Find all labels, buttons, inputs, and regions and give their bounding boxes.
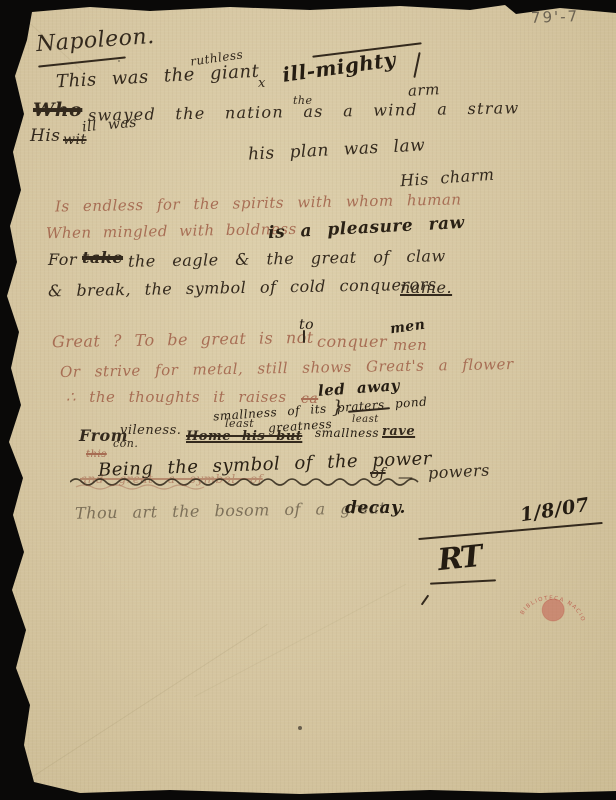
s2line2-red: Or strive for metal, still shows Great's… (60, 357, 514, 380)
line9-main: & break, the symbol of cold conquerors (48, 277, 437, 300)
s2line1-dark-men: men (389, 318, 426, 337)
line1-tail-arm: arm (408, 82, 441, 99)
caret-stroke (303, 330, 305, 343)
line3-his: His (30, 128, 61, 145)
corr-least2: least (352, 415, 379, 425)
fold-crease-bottom (32, 624, 267, 777)
s2line1-red-b: conquer (317, 334, 387, 350)
corr-vileness: vileness. (120, 424, 181, 437)
struck-take: take (82, 250, 123, 266)
corr-red-this: this (86, 450, 107, 460)
line4-plan-law: his plan was law (248, 137, 426, 163)
fold-crease-mid (194, 584, 406, 698)
line7-red: When mingled with boldness (46, 222, 297, 241)
struck-who: Who (33, 101, 82, 120)
s2line1-insert-to: to (299, 318, 314, 332)
s2line3-red: ∴ the thoughts it raises (66, 390, 287, 405)
line9-name: name. (400, 280, 452, 296)
line8-rest: the eagle & the great of claw (128, 248, 446, 270)
date-underline-stroke (418, 522, 602, 540)
line6-red: Is endless for the spirits with whom hum… (55, 192, 462, 214)
manuscript-page: 79'-7 Napoleon. ruthless This was the gi… (0, 0, 616, 800)
corr-brace: } (332, 399, 344, 417)
corr-smallness: smallness (315, 427, 379, 439)
insert-ill-mighty: ill-mighty (281, 49, 397, 85)
line1-main: This was the giant (56, 63, 260, 92)
s3line2-faded: Thou art the bosom of a great (75, 500, 386, 521)
corr-con: con. (113, 438, 138, 449)
s2line1-red-men: men (393, 338, 427, 353)
s2line3-insert: led away (318, 378, 401, 399)
pen-tick-stroke (421, 595, 430, 606)
wavy-strike (70, 468, 440, 494)
line1-caret-x: x (258, 77, 266, 90)
ink-speck (298, 726, 302, 730)
s2line1-red-a: Great ? To be great is not (52, 330, 314, 351)
corr-least1: least (225, 418, 254, 429)
signature-initials: RT (437, 542, 483, 576)
signature-underline-stroke (430, 579, 496, 584)
library-stamp: BIBLIOTECA NACIONAL (513, 570, 594, 634)
line5-his-charm: His charm (400, 167, 495, 190)
ink-speck-small (118, 60, 120, 62)
insert-ill-was: ill was (81, 116, 137, 135)
date: 1/8/07 (519, 496, 591, 526)
line7-dark: is a pleasure raw (268, 215, 465, 242)
line2-main: swayed the nation as a wind a straw (88, 100, 520, 124)
line8-for: For (48, 252, 77, 268)
page-title: Napoleon. (35, 26, 155, 56)
flourish-drop-stroke (413, 52, 420, 78)
title-underline-stroke (38, 56, 126, 67)
corr-rave: rave (382, 425, 415, 438)
s3line2-decay: decay. (345, 500, 406, 517)
folio-number: 79'-7 (531, 9, 580, 26)
